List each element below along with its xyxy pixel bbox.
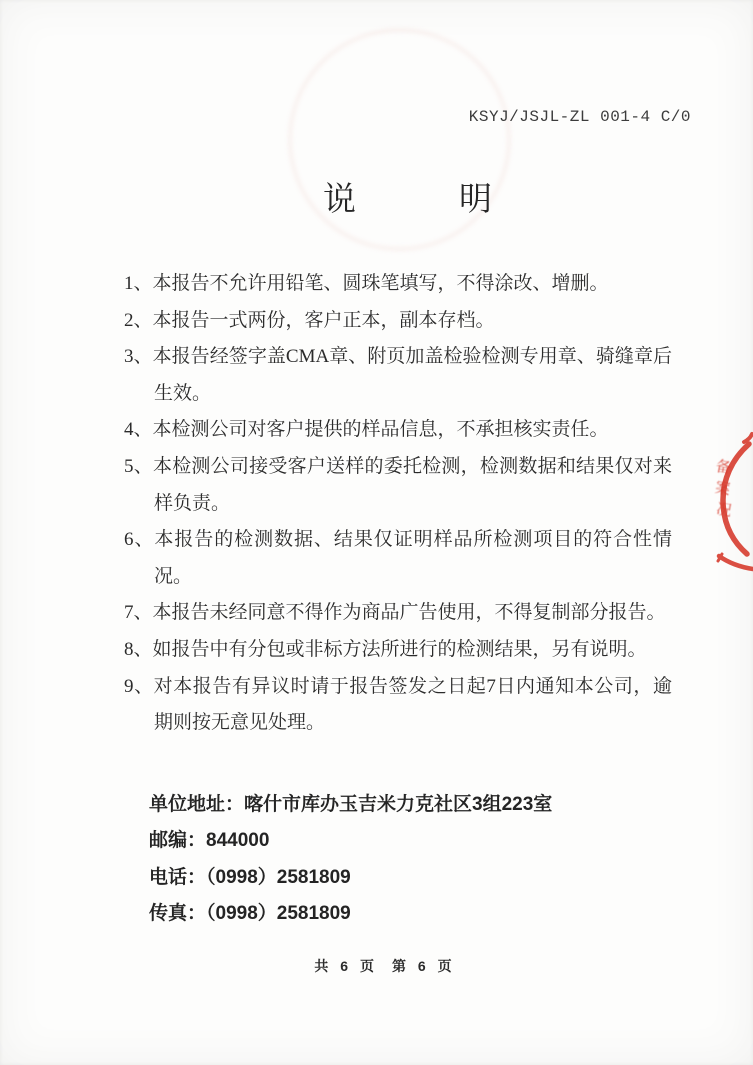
contact-label: 电话： xyxy=(149,867,206,888)
note-text: 本检测公司接受客户送样的委托检测，检测数据和结果仅对来样负责。 xyxy=(153,456,672,514)
note-item: 8、如报告中有分包或非标方法所进行的检测结果，另有说明。 xyxy=(124,632,672,669)
contact-value: 844000 xyxy=(206,830,269,851)
report-notes-page: KSYJ/JSJL-ZL 001-4 C/0 说 明 1、本报告不允许用铅笔、圆… xyxy=(0,0,753,1065)
note-text: 如报告中有分包或非标方法所进行的检测结果，另有说明。 xyxy=(153,639,647,660)
note-text: 本检测公司对客户提供的样品信息，不承担核实责任。 xyxy=(153,419,609,440)
note-item: 1、本报告不允许用铅笔、圆珠笔填写，不得涂改、增删。 xyxy=(124,266,672,303)
note-item: 5、本检测公司接受客户送样的委托检测，检测数据和结果仅对来样负责。 xyxy=(124,449,672,522)
note-item: 3、本报告经签字盖CMA章、附页加盖检验检测专用章、骑缝章后生效。 xyxy=(124,339,672,412)
contact-label: 邮编： xyxy=(149,830,206,851)
document-code: KSYJ/JSJL-ZL 001-4 C/0 xyxy=(469,108,691,126)
note-number: 4、 xyxy=(124,419,153,440)
note-number: 9、 xyxy=(124,676,154,697)
note-number: 1、 xyxy=(124,273,153,294)
contact-row: 单位地址：喀什市库办玉吉米力克社区3组223室 xyxy=(149,787,552,823)
note-text: 本报告的检测数据、结果仅证明样品所检测项目的符合性情况。 xyxy=(154,529,672,587)
contact-row: 电话：（0998）2581809 xyxy=(149,860,552,896)
contact-value: 喀什市库办玉吉米力克社区3组223室 xyxy=(244,794,552,815)
note-text: 对本报告有异议时请于报告签发之日起7日内通知本公司，逾期则按无意见处理。 xyxy=(154,676,672,734)
contact-value: （0998）2581809 xyxy=(206,903,351,924)
note-item: 2、本报告一式两份，客户正本，副本存档。 xyxy=(124,303,672,340)
footer-current-page: 第 6 页 xyxy=(392,958,456,974)
seal-char: 案 xyxy=(713,478,736,502)
note-item: 9、对本报告有异议时请于报告签发之日起7日内通知本公司，逾期则按无意见处理。 xyxy=(124,669,672,742)
contact-block: 单位地址：喀什市库办玉吉米力克社区3组223室邮编：844000电话：（0998… xyxy=(149,787,552,932)
contact-row: 传真：（0998）2581809 xyxy=(149,896,552,932)
note-number: 8、 xyxy=(124,639,153,660)
red-seal-icon: 备案况 xyxy=(703,430,753,575)
note-number: 7、 xyxy=(124,602,153,623)
note-item: 7、本报告未经同意不得作为商品广告使用，不得复制部分报告。 xyxy=(124,595,672,632)
contact-value: （0998）2581809 xyxy=(206,867,351,888)
note-number: 5、 xyxy=(124,456,153,477)
note-number: 2、 xyxy=(124,310,153,331)
note-text: 本报告不允许用铅笔、圆珠笔填写，不得涂改、增删。 xyxy=(153,273,609,294)
contact-label: 传真： xyxy=(149,903,206,924)
note-item: 6、本报告的检测数据、结果仅证明样品所检测项目的符合性情况。 xyxy=(124,522,672,595)
note-item: 4、本检测公司对客户提供的样品信息，不承担核实责任。 xyxy=(124,412,672,449)
note-text: 本报告未经同意不得作为商品广告使用，不得复制部分报告。 xyxy=(153,602,666,623)
footer-total-pages: 共 6 页 xyxy=(314,958,378,974)
contact-label: 单位地址： xyxy=(149,794,244,815)
contact-row: 邮编：844000 xyxy=(149,823,552,859)
notes-list: 1、本报告不允许用铅笔、圆珠笔填写，不得涂改、增删。2、本报告一式两份，客户正本… xyxy=(124,266,672,742)
page-title: 说 明 xyxy=(323,173,493,220)
page-footer: 共 6 页第 6 页 xyxy=(0,956,753,976)
note-number: 3、 xyxy=(124,346,153,367)
note-text: 本报告一式两份，客户正本，副本存档。 xyxy=(153,310,495,331)
note-text: 本报告经签字盖CMA章、附页加盖检验检测专用章、骑缝章后生效。 xyxy=(153,346,672,404)
note-number: 6、 xyxy=(124,529,154,550)
